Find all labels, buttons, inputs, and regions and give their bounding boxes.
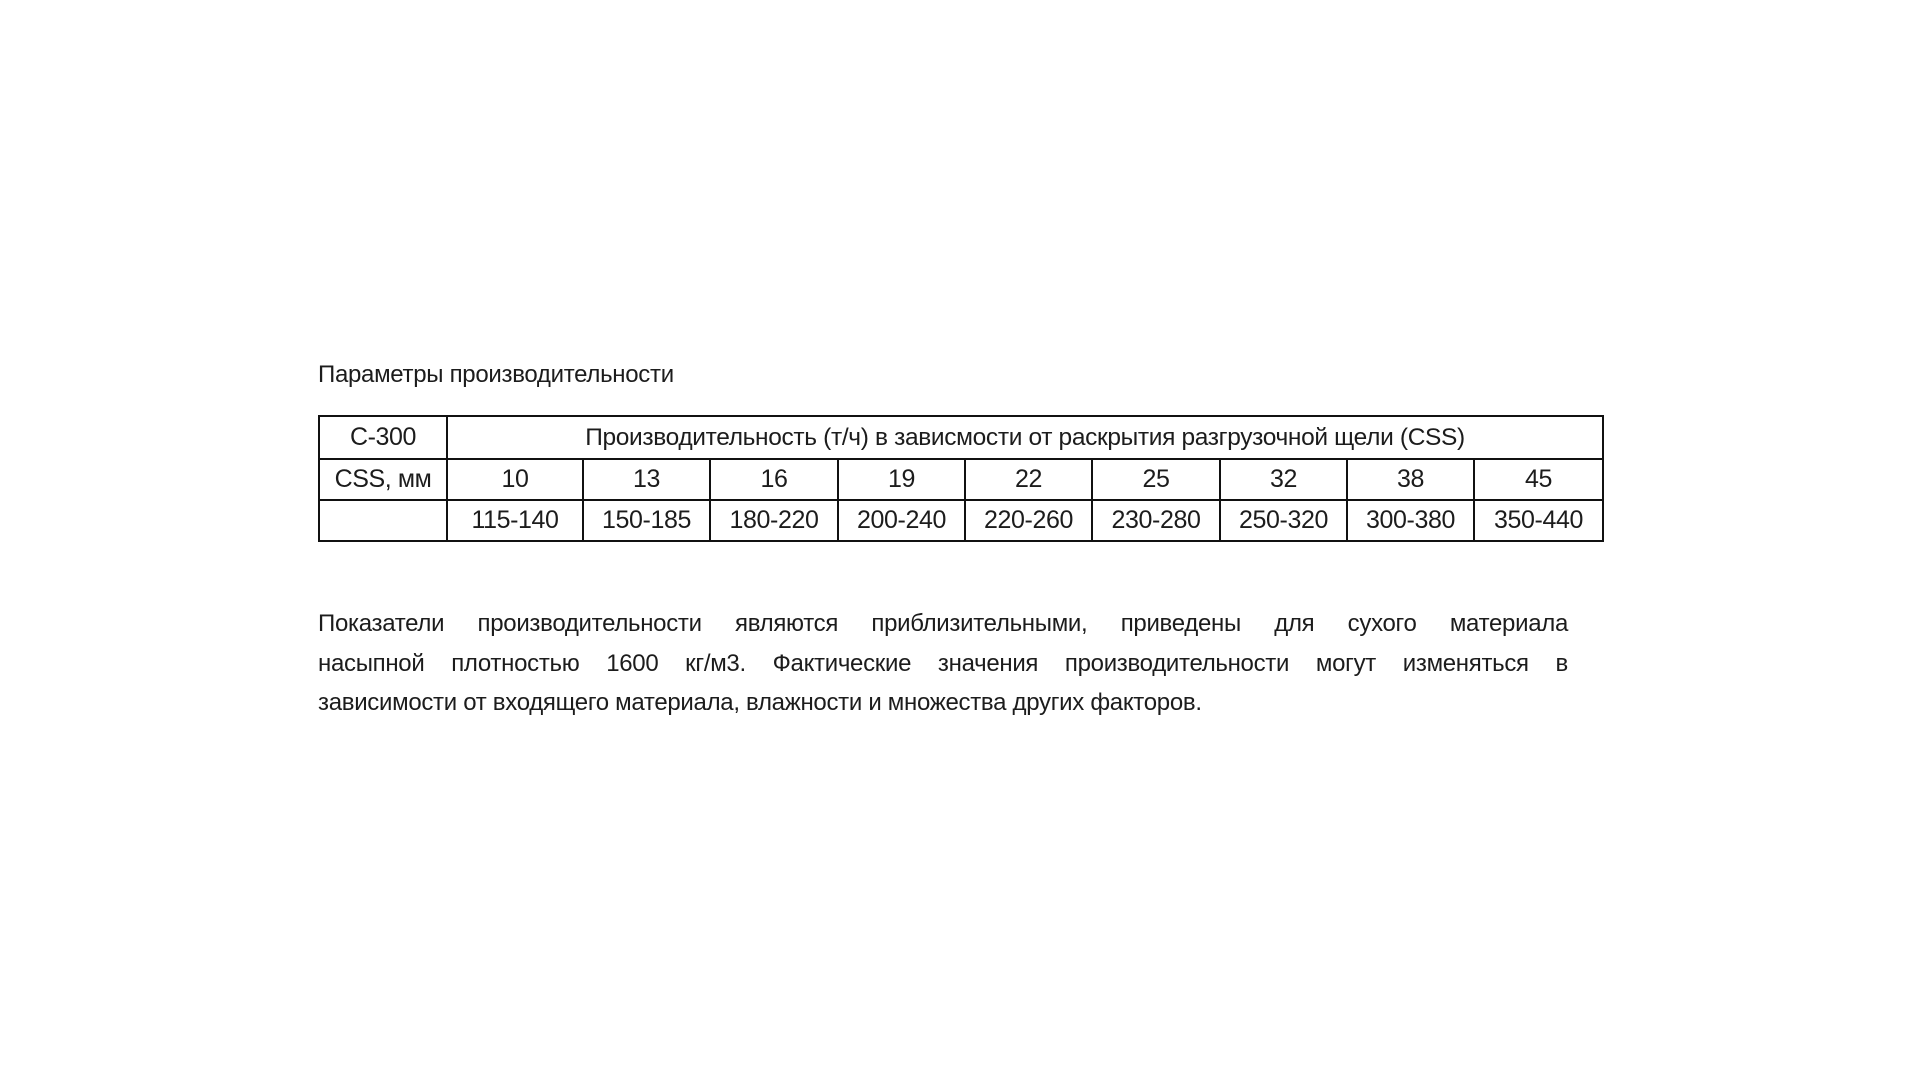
capacity-row: 115-140 150-185 180-220 200-240 220-260 …: [319, 500, 1603, 541]
capacity-value-cell: 350-440: [1474, 500, 1603, 541]
css-value-cell: 10: [447, 459, 583, 500]
model-cell: C-300: [319, 416, 447, 459]
capacity-value-cell: 250-320: [1220, 500, 1347, 541]
disclaimer-paragraph: Показатели производительности являются п…: [318, 604, 1568, 723]
css-value-cell: 25: [1092, 459, 1220, 500]
performance-table: C-300 Производительность (т/ч) в зависмо…: [318, 415, 1604, 542]
css-value-cell: 22: [965, 459, 1092, 500]
header-caption-cell: Производительность (т/ч) в зависмости от…: [447, 416, 1603, 459]
css-value-cell: 45: [1474, 459, 1603, 500]
css-value-cell: 16: [710, 459, 838, 500]
section-heading: Параметры производительности: [318, 361, 674, 389]
paragraph-line: зависимости от входящего материала, влаж…: [318, 683, 1568, 723]
css-value-cell: 19: [838, 459, 965, 500]
css-row-label: CSS, мм: [319, 459, 447, 500]
css-value-cell: 13: [583, 459, 710, 500]
table-header-row: C-300 Производительность (т/ч) в зависмо…: [319, 416, 1603, 459]
css-value-cell: 32: [1220, 459, 1347, 500]
capacity-value-cell: 220-260: [965, 500, 1092, 541]
paragraph-line: насыпной плотностью 1600 кг/м3. Фактичес…: [318, 644, 1568, 684]
capacity-value-cell: 200-240: [838, 500, 965, 541]
capacity-value-cell: 300-380: [1347, 500, 1474, 541]
css-value-cell: 38: [1347, 459, 1474, 500]
capacity-value-cell: 230-280: [1092, 500, 1220, 541]
capacity-value-cell: 150-185: [583, 500, 710, 541]
capacity-value-cell: 180-220: [710, 500, 838, 541]
css-row: CSS, мм 10 13 16 19 22 25 32 38 45: [319, 459, 1603, 500]
capacity-row-label: [319, 500, 447, 541]
paragraph-line: Показатели производительности являются п…: [318, 604, 1568, 644]
capacity-value-cell: 115-140: [447, 500, 583, 541]
